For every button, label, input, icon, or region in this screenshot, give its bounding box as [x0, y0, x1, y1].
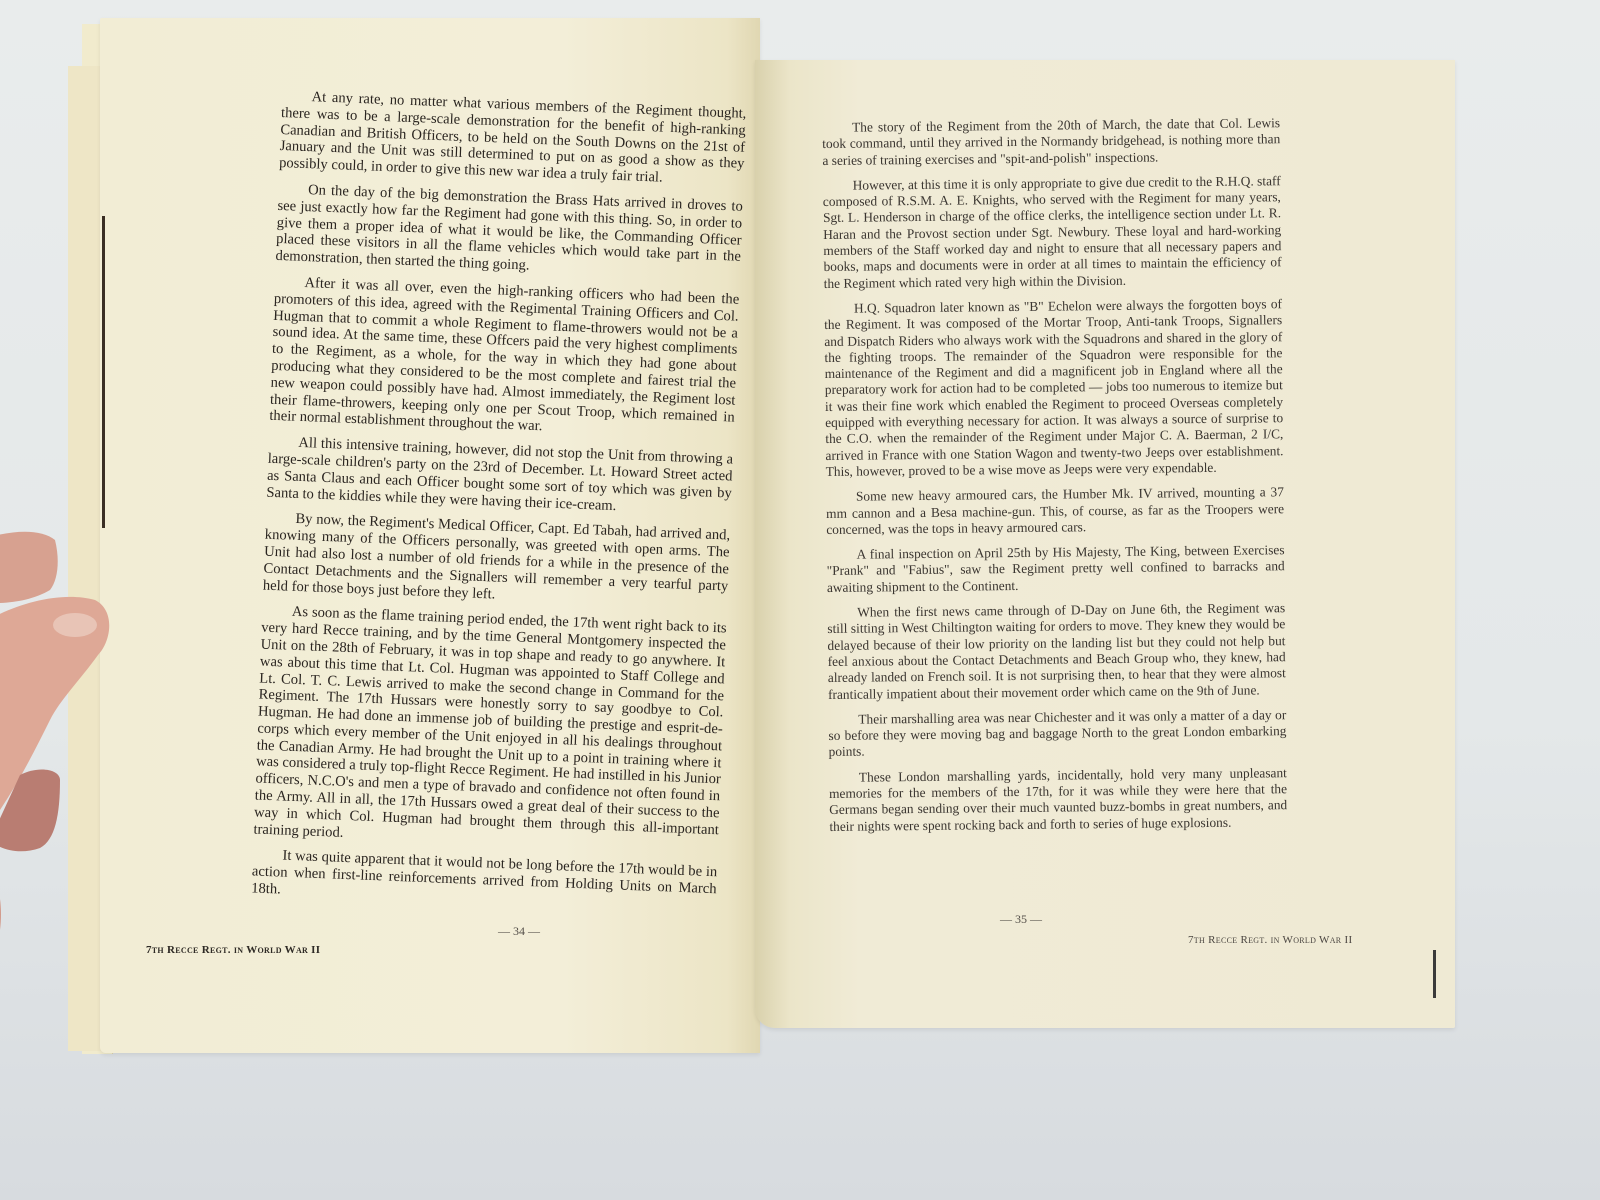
paragraph: It was quite apparent that it would not …	[251, 847, 718, 915]
left-running-head: 7th Recce Regt. in World War II	[146, 944, 320, 956]
paragraph: H.Q. Squadron later known as "B" Echelon…	[824, 296, 1284, 480]
right-page-body: The story of the Regiment from the 20th …	[822, 115, 1288, 844]
left-page-body: At any rate, no matter what various memb…	[251, 88, 747, 924]
paragraph: Some new heavy armoured cars, the Humber…	[826, 484, 1284, 538]
paragraph: A final inspection on April 25th by His …	[826, 542, 1284, 596]
paragraph: When the first news came through of D-Da…	[827, 600, 1286, 703]
paragraph: The story of the Regiment from the 20th …	[822, 115, 1280, 169]
paragraph: These London marshalling yards, incident…	[829, 765, 1288, 835]
paragraph: As soon as the flame training period end…	[253, 603, 727, 856]
bookmark-ribbon-right	[1433, 950, 1436, 998]
right-running-head: 7th Recce Regt. in World War II	[1188, 934, 1352, 946]
paragraph: All this intensive training, however, di…	[266, 434, 733, 519]
paragraph: Their marshalling area was near Chichest…	[828, 707, 1286, 761]
bookmark-ribbon	[102, 216, 105, 528]
paragraph: On the day of the big demonstration the …	[275, 181, 743, 283]
right-page-number: — 35 —	[1000, 912, 1042, 927]
paragraph: At any rate, no matter what various memb…	[279, 88, 747, 190]
paragraph: However, at this time it is only appropr…	[823, 173, 1282, 292]
hand-holding-book	[0, 530, 130, 950]
left-page-number: — 34 —	[498, 924, 540, 939]
paragraph: By now, the Regiment's Medical Officer, …	[263, 510, 731, 612]
paragraph: After it was all over, even the high-ran…	[269, 274, 739, 443]
